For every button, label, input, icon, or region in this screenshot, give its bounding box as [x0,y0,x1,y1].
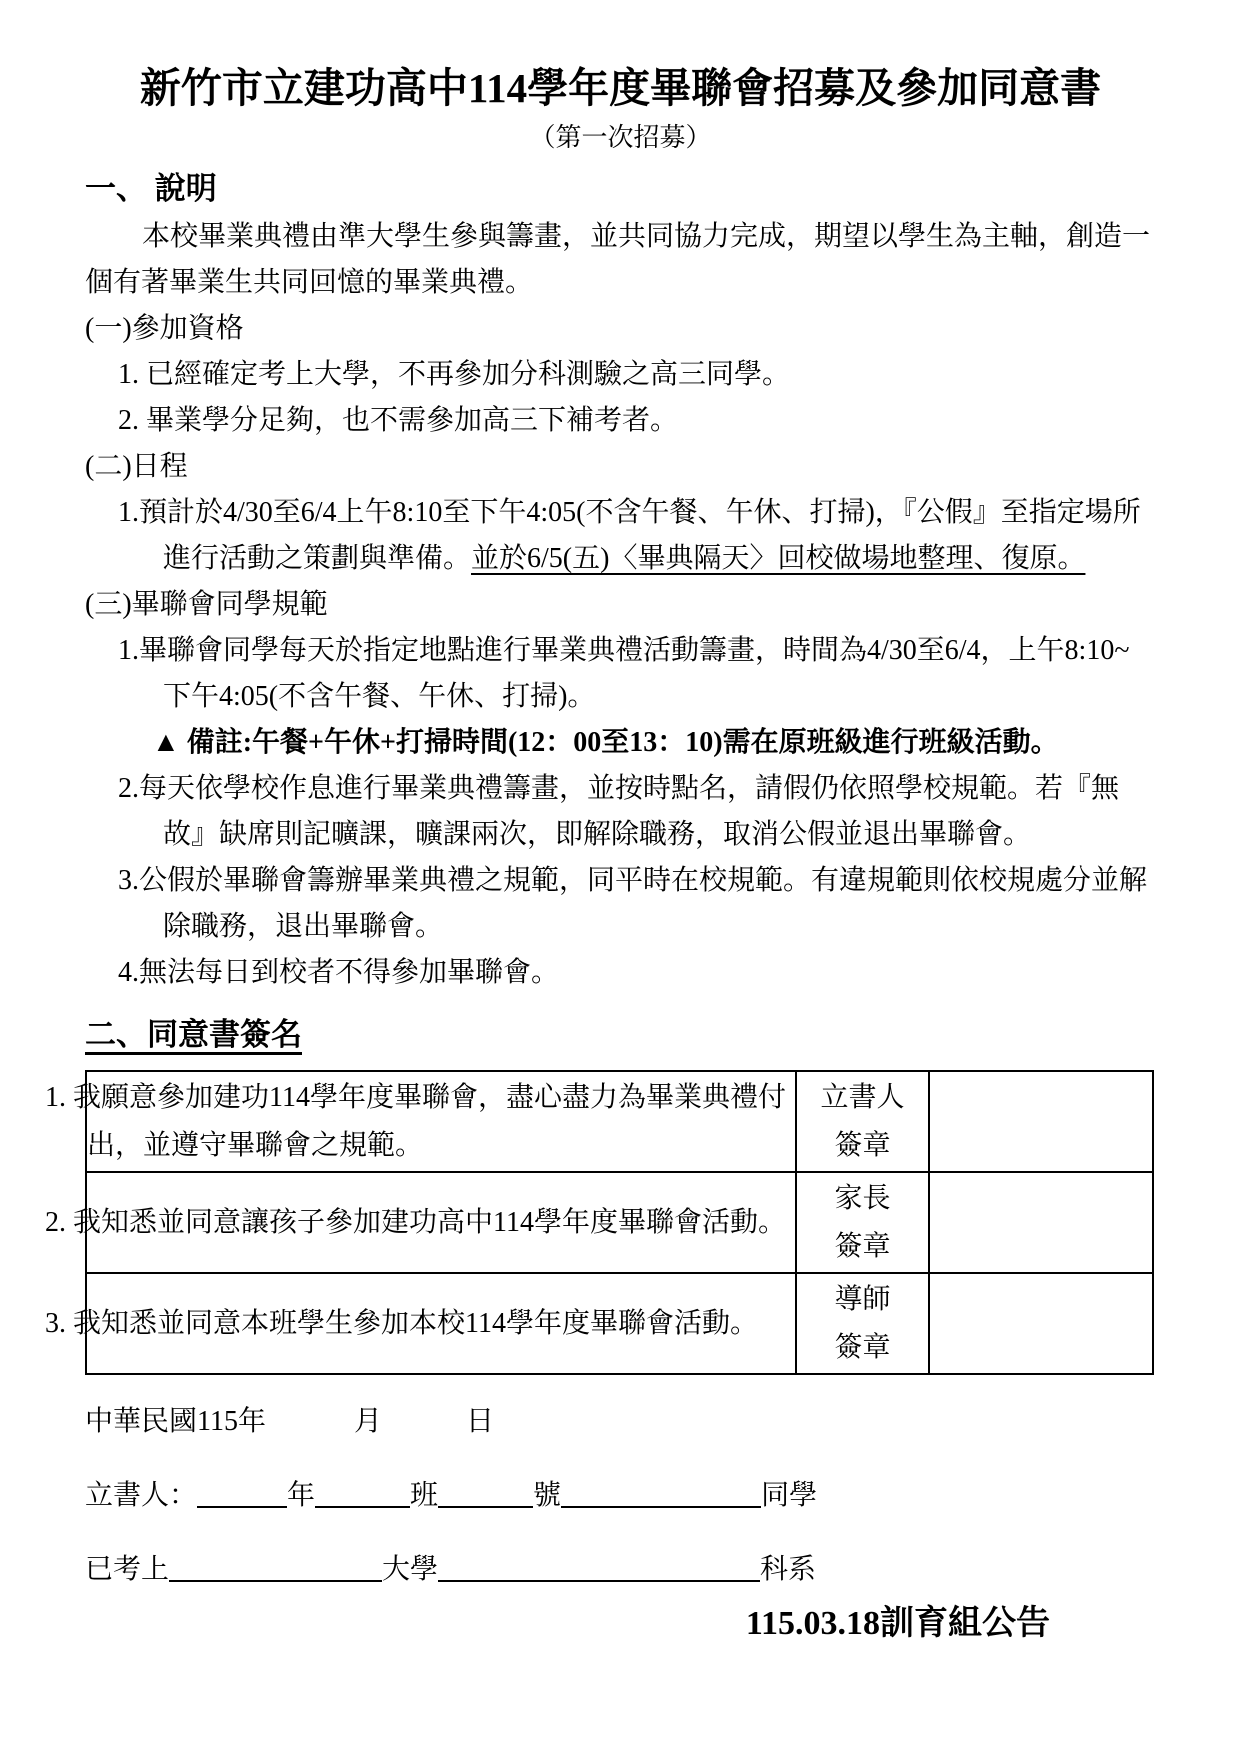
student-label: 同學 [761,1480,817,1511]
table-row: 3. 我知悉並同意本班學生參加本校114學年度畢聯會活動。 導師 簽章 [86,1273,1153,1374]
signer-label-line2: 簽章 [797,1223,928,1271]
admitted-prefix: 已考上 [85,1554,169,1585]
year-blank-line [197,1474,287,1508]
section2-heading: 二、同意書簽名 [85,1010,1156,1060]
document-subtitle: （第一次招募） [85,116,1156,160]
schedule-item-1-underlined: 並於6/5(五)〈畢典隔天〉回校做場地整理、復原。 [471,543,1085,574]
signer-prefix: 立書人： [85,1480,197,1511]
rules-item-4: 4.無法每日到校者不得參加畢聯會。 [85,950,1156,996]
signer-cell: 立書人 簽章 [796,1071,929,1172]
signer-cell: 家長 簽章 [796,1172,929,1273]
statement-text: 2. 我知悉並同意讓孩子參加建功高中114學年度畢聯會活動。 [87,1199,795,1247]
number-label: 號 [533,1480,561,1511]
section1-heading: 一、 說明 [85,164,1156,214]
statement-cell: 3. 我知悉並同意本班學生參加本校114學年度畢聯會活動。 [86,1273,796,1374]
class-label: 班 [410,1480,438,1511]
eligibility-item-2: 2. 畢業學分足夠，也不需參加高三下補考者。 [85,398,1156,444]
department-label: 科系 [760,1554,816,1585]
university-blank-line [169,1548,382,1582]
schedule-heading: (二)日程 [85,444,1156,490]
signature-cell [929,1273,1153,1374]
consent-table: 1. 我願意參加建功114學年度畢聯會，盡心盡力為畢業典禮付出，並遵守畢聯會之規… [85,1070,1154,1375]
statement-text: 1. 我願意參加建功114學年度畢聯會，盡心盡力為畢業典禮付出，並遵守畢聯會之規… [87,1074,795,1170]
intro-paragraph: 本校畢業典禮由準大學生參與籌畫，並共同協力完成，期望以學生為主軸，創造一個有著畢… [85,214,1156,306]
signer-label-line1: 家長 [797,1175,928,1223]
university-label: 大學 [382,1554,438,1585]
day-label: 日 [466,1406,494,1437]
rules-item-3: 3.公假於畢聯會籌辦畢業典禮之規範，同平時在校規範。有違規範則依校規處分並解除職… [85,858,1156,950]
table-row: 2. 我知悉並同意讓孩子參加建功高中114學年度畢聯會活動。 家長 簽章 [86,1172,1153,1273]
section2-heading-text: 二、同意書簽名 [85,1017,302,1052]
statement-cell: 2. 我知悉並同意讓孩子參加建功高中114學年度畢聯會活動。 [86,1172,796,1273]
statement-text: 3. 我知悉並同意本班學生參加本校114學年度畢聯會活動。 [87,1300,795,1348]
rules-item-1: 1.畢聯會同學每天於指定地點進行畢業典禮活動籌畫，時間為4/30至6/4，上午8… [85,628,1156,720]
signature-cell [929,1172,1153,1273]
signer-label-line2: 簽章 [797,1122,928,1170]
signer-cell: 導師 簽章 [796,1273,929,1374]
signature-cell [929,1071,1153,1172]
table-row: 1. 我願意參加建功114學年度畢聯會，盡心盡力為畢業典禮付出，並遵守畢聯會之規… [86,1071,1153,1172]
date-line: 中華民國115年月日 [85,1399,1156,1445]
eligibility-item-1: 1. 已經確定考上大學，不再參加分科測驗之高三同學。 [85,352,1156,398]
student-name-blank-line [561,1474,761,1508]
year-label: 年 [287,1480,315,1511]
rules-item-2: 2.每天依學校作息進行畢業典禮籌畫，並按時點名，請假仍依照學校規範。若『無故』缺… [85,766,1156,858]
statement-cell: 1. 我願意參加建功114學年度畢聯會，盡心盡力為畢業典禮付出，並遵守畢聯會之規… [86,1071,796,1172]
admitted-line: 已考上大學科系 [85,1547,1156,1593]
number-blank-line [438,1474,533,1508]
signer-line: 立書人：年班號同學 [85,1473,1156,1519]
signer-label-line1: 立書人 [797,1074,928,1122]
document-title: 新竹市立建功高中114學年度畢聯會招募及參加同意書 [85,60,1156,116]
department-blank-line [438,1548,760,1582]
document-page: 新竹市立建功高中114學年度畢聯會招募及參加同意書 （第一次招募） 一、 說明 … [0,0,1241,1755]
date-prefix: 中華民國115年 [85,1406,266,1437]
month-label: 月 [354,1406,382,1437]
rules-note: ▲ 備註:午餐+午休+打掃時間(12：00至13：10)需在原班級進行班級活動。 [152,720,1156,766]
schedule-item-1: 1.預計於4/30至6/4上午8:10至下午4:05(不含午餐、午休、打掃)，『… [85,490,1156,582]
footer-announcement: 115.03.18訓育組公告 [85,1599,1050,1649]
signer-label-line1: 導師 [797,1276,928,1324]
class-blank-line [315,1474,410,1508]
signer-label-line2: 簽章 [797,1324,928,1372]
rules-heading: (三)畢聯會同學規範 [85,582,1156,628]
eligibility-heading: (一)參加資格 [85,306,1156,352]
